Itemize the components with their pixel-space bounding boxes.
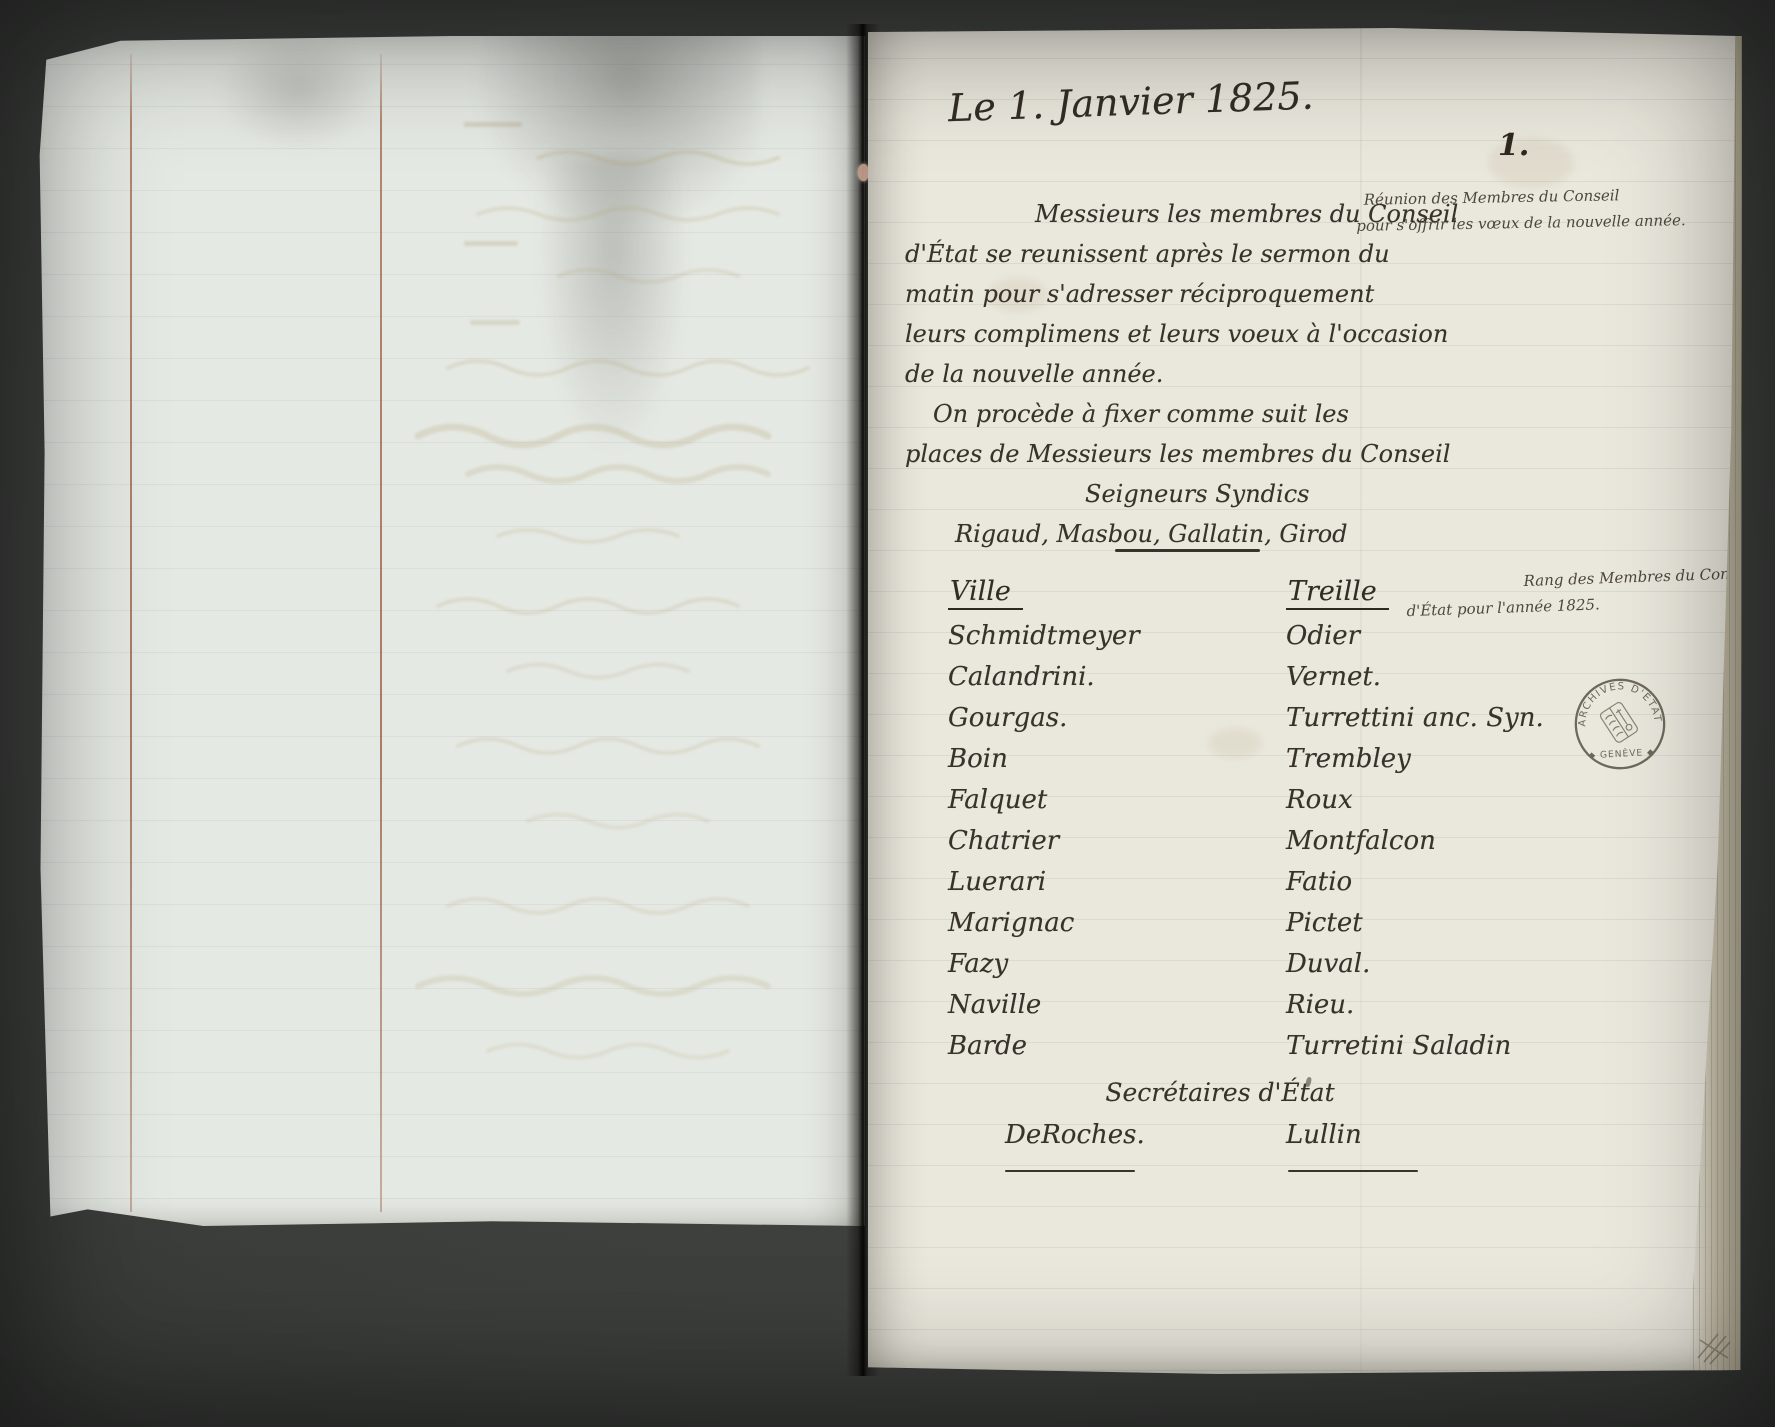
- seat-name: Luerari: [948, 867, 1140, 908]
- seating-column-ville: Ville Schmidtmeyer Calandrini. Gourgas. …: [948, 576, 1140, 1072]
- margin-rule-left: [130, 54, 132, 1212]
- minutes-paragraph: Messieurs les membres du Conseil d'État …: [905, 194, 1458, 554]
- folio-number: 1.: [1498, 128, 1529, 163]
- paragraph-line: places de Messieurs les membres du Conse…: [905, 434, 1458, 474]
- archives-stamp: ARCHIVES D'ÉTAT ◆ GENÈVE ◆: [1570, 674, 1671, 775]
- secretary-name: Lullin: [1286, 1120, 1362, 1150]
- seat-name: Schmidtmeyer: [948, 621, 1140, 662]
- seat-name: Fatio: [1286, 867, 1544, 908]
- geneva-coat-of-arms: [1599, 701, 1639, 744]
- seat-name: Marignac: [948, 908, 1140, 949]
- seat-name: Pictet: [1286, 908, 1544, 949]
- bleed-through-text: [328, 106, 848, 1086]
- seating-column-treille: Treille Odier Vernet. Turrettini anc. Sy…: [1286, 576, 1544, 1072]
- foxing-spot: [1208, 728, 1262, 758]
- paragraph-line: d'État se reunissent après le sermon du: [905, 234, 1458, 274]
- seat-name: Rieu.: [1286, 990, 1544, 1031]
- seat-name: Roux: [1286, 785, 1544, 826]
- photograph-background: Le 1. Janvier 1825. 1. Réunion des Membr…: [0, 0, 1775, 1427]
- seat-name: Fazy: [948, 949, 1140, 990]
- seat-name: Naville: [948, 990, 1140, 1031]
- right-page: Le 1. Janvier 1825. 1. Réunion des Membr…: [868, 28, 1742, 1374]
- stamp-top-text: ARCHIVES D'ÉTAT: [1575, 679, 1663, 727]
- paragraph-line: On procède à fixer comme suit les: [933, 394, 1458, 434]
- seat-name: Chatrier: [948, 826, 1140, 867]
- seat-name: Barde: [948, 1031, 1140, 1072]
- secretaries-heading: Secrétaires d'État: [1090, 1078, 1350, 1107]
- svg-text:ARCHIVES D'ÉTAT: ARCHIVES D'ÉTAT: [1575, 679, 1663, 727]
- page-fore-edge: [1688, 28, 1742, 1374]
- seat-name: Boin: [948, 744, 1140, 785]
- left-page: [38, 36, 865, 1226]
- repair-spot: [858, 164, 869, 181]
- corner-scribble-mark: [1694, 1328, 1738, 1368]
- section-divider: [1115, 549, 1260, 552]
- seat-name: Vernet.: [1286, 662, 1544, 703]
- syndics-names: Rigaud, Masbou, Gallatin, Girod: [955, 514, 1458, 554]
- paragraph-line: Messieurs les membres du Conseil: [1035, 194, 1458, 234]
- seat-name: Turretini Saladin: [1286, 1031, 1544, 1072]
- date-heading: Le 1. Janvier 1825.: [947, 74, 1308, 131]
- column-header-ville: Ville: [948, 576, 1023, 610]
- seat-name: Duval.: [1286, 949, 1544, 990]
- seat-name: Odier: [1286, 621, 1544, 662]
- seat-name: Montfalcon: [1286, 826, 1544, 867]
- seat-name: Trembley: [1286, 744, 1544, 785]
- closing-rule-left: [1005, 1170, 1135, 1172]
- seat-name: Calandrini.: [948, 662, 1140, 703]
- seat-name: Turrettini anc. Syn.: [1286, 703, 1544, 744]
- column-header-treille: Treille: [1286, 576, 1389, 610]
- closing-rule-right: [1288, 1170, 1418, 1172]
- syndics-heading: Seigneurs Syndics: [1085, 474, 1458, 514]
- seat-name: Gourgas.: [948, 703, 1140, 744]
- secretary-name: DeRoches.: [1005, 1120, 1145, 1150]
- seat-name: Falquet: [948, 785, 1140, 826]
- paragraph-line: de la nouvelle année.: [905, 354, 1458, 394]
- paragraph-line: matin pour s'adresser réciproquement: [905, 274, 1458, 314]
- paragraph-line: leurs complimens et leurs voeux à l'occa…: [905, 314, 1458, 354]
